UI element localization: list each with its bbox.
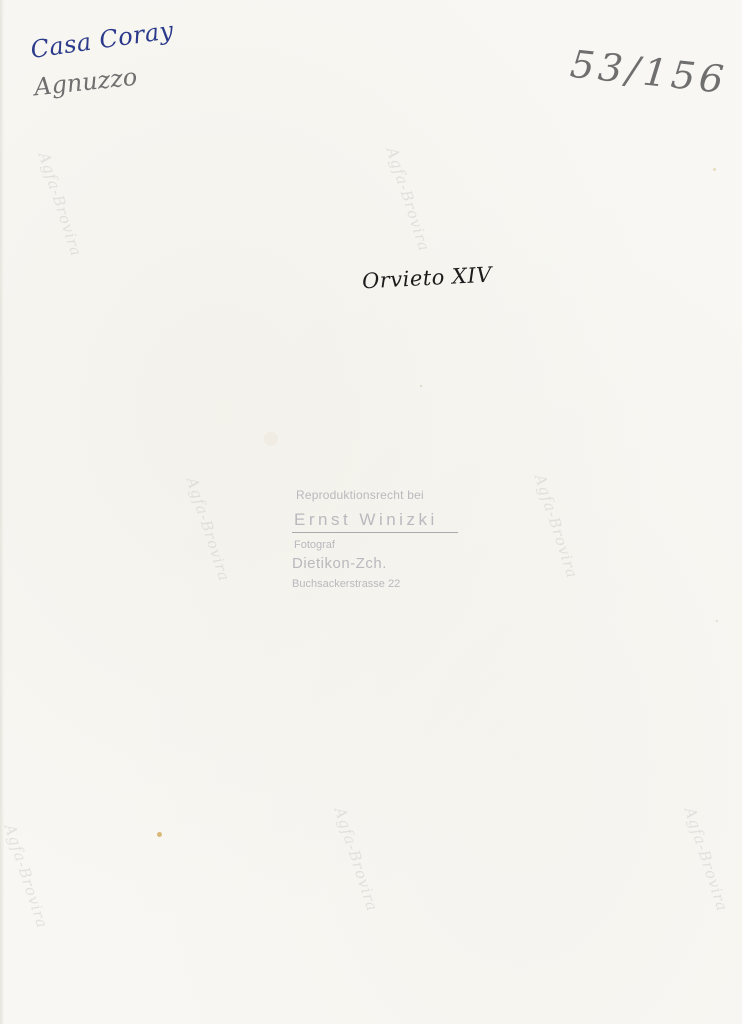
handwritten-catalog-number: 53/156 bbox=[568, 42, 729, 102]
stamp-rights-line: Reproduktionsrecht bei bbox=[296, 488, 470, 502]
paper-speck bbox=[157, 832, 162, 837]
photo-verso-sheet: Agfa-Brovira Agfa-Brovira Agfa-Brovira A… bbox=[0, 0, 742, 1024]
paper-speck bbox=[420, 385, 422, 387]
stamp-divider bbox=[292, 532, 458, 533]
agfa-watermark: Agfa-Brovira bbox=[183, 475, 234, 584]
photographer-stamp: Reproduktionsrecht bei Ernst Winizki Fot… bbox=[290, 488, 470, 590]
agfa-watermark: Agfa-Brovira bbox=[531, 472, 582, 581]
stamp-profession: Fotograf bbox=[294, 539, 470, 551]
handwritten-location-note: Casa Coray bbox=[29, 16, 176, 64]
stamp-street: Buchsackerstrasse 22 bbox=[292, 578, 470, 590]
stamp-city: Dietikon-Zch. bbox=[292, 555, 470, 572]
paper-speck bbox=[264, 432, 278, 446]
paper-speck bbox=[713, 168, 716, 171]
agfa-watermark: Agfa-Brovira bbox=[35, 150, 86, 259]
stamp-photographer-name: Ernst Winizki bbox=[294, 510, 470, 530]
agfa-watermark: Agfa-Brovira bbox=[681, 805, 732, 914]
agfa-watermark: Agfa-Brovira bbox=[383, 145, 434, 254]
agfa-watermark: Agfa-Brovira bbox=[1, 822, 52, 931]
agfa-watermark: Agfa-Brovira bbox=[331, 805, 382, 914]
handwritten-place-note: Agnuzzo bbox=[33, 63, 139, 102]
paper-speck bbox=[716, 620, 718, 622]
handwritten-title: Orvieto XIV bbox=[361, 263, 492, 294]
paper-edge bbox=[0, 0, 4, 1024]
